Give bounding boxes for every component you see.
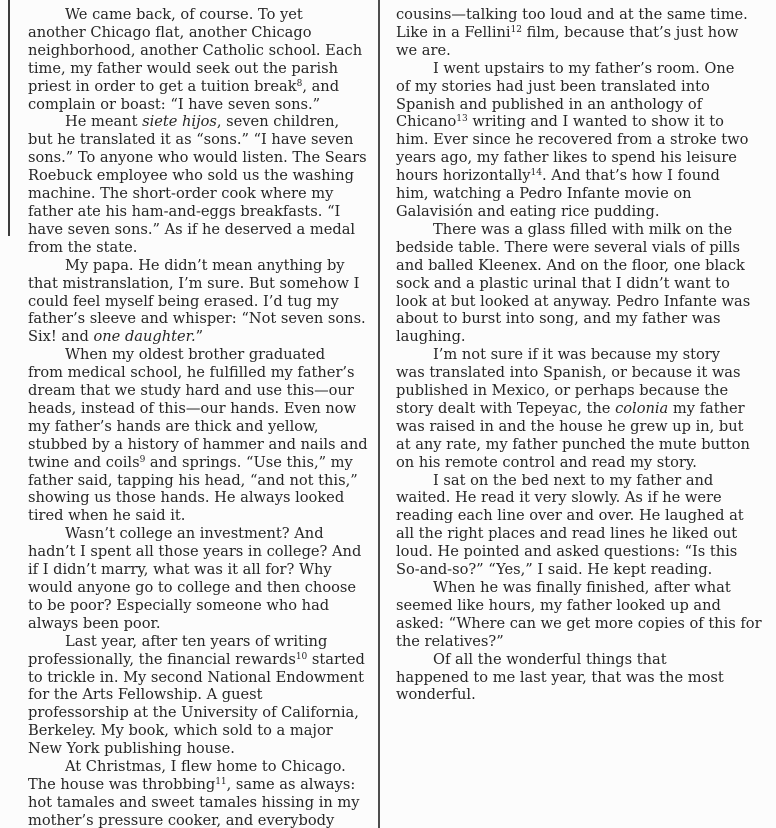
text-line: Of all the wonderful things that [396, 651, 752, 669]
text-line: twine and coils9 and springs. “Use this,… [28, 454, 362, 472]
text-line: about to burst into song, and my father … [396, 310, 752, 328]
text-line: Berkeley. My book, which sold to a major [28, 722, 362, 740]
text-line: was translated into Spanish, or because … [396, 364, 752, 382]
text-line: I went upstairs to my father’s room. One [396, 60, 752, 78]
text-line: He meant siete hijos, seven children, [28, 113, 362, 131]
text-line: we are. [396, 42, 752, 60]
text-line: neighborhood, another Catholic school. E… [28, 42, 362, 60]
text-line: time, my father would seek out the paris… [28, 60, 362, 78]
text-line: published in Mexico, or perhaps because … [396, 382, 752, 400]
text-line: Like in a Fellini12 film, because that’s… [396, 24, 752, 42]
text-line: When my oldest brother graduated [28, 346, 362, 364]
text-line: I’m not sure if it was because my story [396, 346, 752, 364]
text-line: hot tamales and sweet tamales hissing in… [28, 794, 362, 812]
text-line: to be poor? Especially someone who had [28, 597, 362, 615]
text-line: waited. He read it very slowly. As if he… [396, 489, 752, 507]
text-line: at any rate, my father punched the mute … [396, 436, 752, 454]
text-line: happened to me last year, that was the m… [396, 669, 752, 687]
text-line: but he translated it as “sons.” “I have … [28, 131, 362, 149]
text-line: hours horizontally14. And that’s how I f… [396, 167, 752, 185]
text-line: When he was finally finished, after what [396, 579, 752, 597]
text-line: tired when he said it. [28, 507, 362, 525]
text-line: So-and-so?” “Yes,” I said. He kept readi… [396, 561, 752, 579]
text-line: father ate his ham-and-eggs breakfasts. … [28, 203, 362, 221]
text-line: Six! and one daughter.” [28, 328, 362, 346]
text-line: father said, tapping his head, “and not … [28, 472, 362, 490]
text-line: cousins—talking too loud and at the same… [396, 6, 752, 24]
text-line: seemed like hours, my father looked up a… [396, 597, 752, 615]
text-line: bedside table. There were several vials … [396, 239, 752, 257]
text-line: sock and a plastic urinal that I didn’t … [396, 275, 752, 293]
text-line: from the state. [28, 239, 362, 257]
text-line: I sat on the bed next to my father and [396, 472, 752, 490]
text-line: heads, instead of this—our hands. Even n… [28, 400, 362, 418]
text-line: him, watching a Pedro Infante movie on [396, 185, 752, 203]
text-line: showing us those hands. He always looked [28, 489, 362, 507]
text-column-right: cousins—talking too loud and at the same… [396, 6, 752, 704]
text-line: Galavisión and eating rice pudding. [396, 203, 752, 221]
text-line: of my stories had just been translated i… [396, 78, 752, 96]
text-line: stubbed by a history of hammer and nails… [28, 436, 362, 454]
text-line: from medical school, he fulfilled my fat… [28, 364, 362, 382]
text-line: At Christmas, I flew home to Chicago. [28, 758, 362, 776]
text-line: Chicano13 writing and I wanted to show i… [396, 113, 752, 131]
text-line: if I didn’t marry, what was it all for? … [28, 561, 362, 579]
text-line: complain or boast: “I have seven sons.” [28, 96, 362, 114]
document-page: We came back, of course. To yetanother C… [0, 0, 776, 828]
text-line: the relatives?” [396, 633, 752, 651]
text-line: him. Ever since he recovered from a stro… [396, 131, 752, 149]
text-line: asked: “Where can we get more copies of … [396, 615, 752, 633]
text-line: story dealt with Tepeyac, the colonia my… [396, 400, 752, 418]
text-line: another Chicago flat, another Chicago [28, 24, 362, 42]
text-line: always been poor. [28, 615, 362, 633]
text-line: to trickle in. My second National Endowm… [28, 669, 362, 687]
text-line: father’s sleeve and whisper: “Not seven … [28, 310, 362, 328]
text-line: The house was throbbing11, same as alway… [28, 776, 362, 794]
left-page-edge-rule [8, 0, 10, 236]
text-line: all the right places and read lines he l… [396, 525, 752, 543]
text-line: Wasn’t college an investment? And [28, 525, 362, 543]
text-line: for the Arts Fellowship. A guest [28, 686, 362, 704]
text-line: professorship at the University of Calif… [28, 704, 362, 722]
text-line: laughing. [396, 328, 752, 346]
text-line: and balled Kleenex. And on the floor, on… [396, 257, 752, 275]
text-line: We came back, of course. To yet [28, 6, 362, 24]
text-line: was raised in and the house he grew up i… [396, 418, 752, 436]
text-line: mother’s pressure cooker, and everybody [28, 812, 362, 828]
text-line: could feel myself being erased. I’d tug … [28, 293, 362, 311]
text-column-left: We came back, of course. To yetanother C… [28, 6, 362, 828]
text-line: look at but looked at anyway. Pedro Infa… [396, 293, 752, 311]
text-line: Roebuck employee who sold us the washing [28, 167, 362, 185]
text-line: would anyone go to college and then choo… [28, 579, 362, 597]
text-line: sons.” To anyone who would listen. The S… [28, 149, 362, 167]
text-line: years ago, my father likes to spend his … [396, 149, 752, 167]
text-line: hadn’t I spent all those years in colleg… [28, 543, 362, 561]
text-line: priest in order to get a tuition break8,… [28, 78, 362, 96]
text-line: professionally, the financial rewards10 … [28, 651, 362, 669]
text-line: Spanish and published in an anthology of [396, 96, 752, 114]
text-line: loud. He pointed and asked questions: “I… [396, 543, 752, 561]
text-line: reading each line over and over. He laug… [396, 507, 752, 525]
text-line: dream that we study hard and use this—ou… [28, 382, 362, 400]
text-line: machine. The short-order cook where my [28, 185, 362, 203]
text-line: that mistranslation, I’m sure. But someh… [28, 275, 362, 293]
text-line: have seven sons.” As if he deserved a me… [28, 221, 362, 239]
text-line: New York publishing house. [28, 740, 362, 758]
column-divider-rule [378, 0, 380, 828]
text-line: wonderful. [396, 686, 752, 704]
text-line: Last year, after ten years of writing [28, 633, 362, 651]
text-line: There was a glass filled with milk on th… [396, 221, 752, 239]
text-line: my father’s hands are thick and yellow, [28, 418, 362, 436]
text-line: My papa. He didn’t mean anything by [28, 257, 362, 275]
text-line: on his remote control and read my story. [396, 454, 752, 472]
